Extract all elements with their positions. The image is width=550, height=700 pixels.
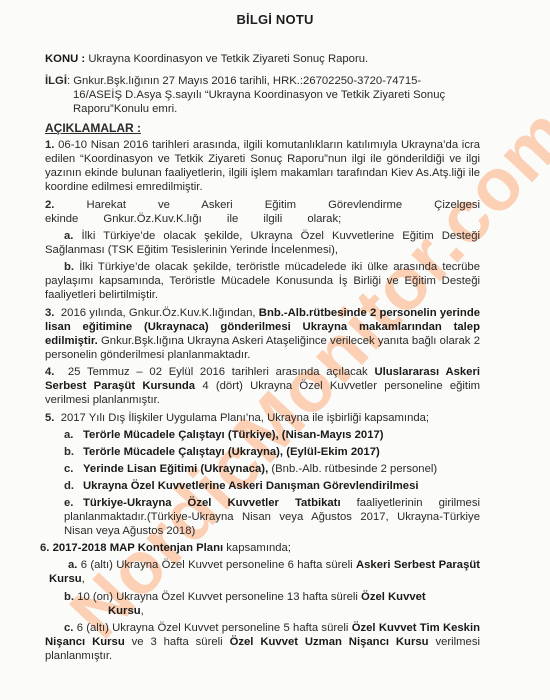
item-6b: b. 10 (on) Ukrayna Özel Kuvvet personeli…	[45, 590, 480, 604]
explanations-heading: AÇIKLAMALAR :	[45, 121, 480, 135]
item-6a: a. 6 (altı) Ukrayna Özel Kuvvet personel…	[49, 558, 480, 586]
reference-block: İLGİ: Gnkur.Bşk.lığının 27 Mayıs 2016 ta…	[45, 74, 480, 116]
reference-line-1: : Gnkur.Bşk.lığının 27 Mayıs 2016 tarihl…	[67, 75, 421, 87]
item-5b: b.Terörle Mücadele Çalıştayı (Ukrayna), …	[64, 445, 480, 459]
item-5a: a.Terörle Mücadele Çalıştayı (Türkiye), …	[64, 428, 480, 442]
reference-label: İLGİ	[45, 75, 67, 87]
item-1: 1. 06-10 Nisan 2016 tarihleri arasında, …	[45, 138, 480, 194]
item-6b-continuation: Kursu,	[45, 604, 480, 618]
document-body: KONU : Ukrayna Koordinasyon ve Tetkik Zi…	[45, 52, 480, 667]
item-5: 5. 2017 Yılı Dış İlişkiler Uygulama Plan…	[45, 411, 480, 425]
item-2b: b. İlki Türkiye’de olacak şekilde, terör…	[45, 260, 480, 302]
subject-line: KONU : Ukrayna Koordinasyon ve Tetkik Zi…	[45, 52, 480, 66]
item-5c: c.Yerinde Lisan Eğitimi (Ukraynaca), (Bn…	[64, 462, 480, 476]
item-3: 3. 2016 yılında, Gnkur.Öz.Kuv.K.lığından…	[45, 306, 480, 362]
subject-text: Ukrayna Koordinasyon ve Tetkik Ziyareti …	[88, 53, 368, 65]
item-6: 6. 2017-2018 MAP Kontenjan Planı kapsamı…	[40, 541, 480, 555]
item-6c: c. 6 (altı) Ukrayna Özel Kuvvet personel…	[45, 621, 480, 663]
document-title: BİLGİ NOTU	[0, 12, 550, 27]
reference-line-3: Raporu”Konulu emri.	[45, 102, 445, 116]
item-5e: e.Türkiye-Ukrayna Özel Kuvvetler Tatbika…	[64, 496, 480, 538]
item-5-list: a.Terörle Mücadele Çalıştayı (Türkiye), …	[64, 428, 480, 538]
item-5d: d.Ukrayna Özel Kuvvetlerine Askeri Danış…	[64, 479, 480, 493]
item-2a: a. İlki Türkiye’de olacak şekilde, Ukray…	[45, 229, 480, 257]
document-page: NordicMonitor.com BİLGİ NOTU KONU : Ukra…	[0, 0, 550, 700]
item-2: 2. Harekat ve Askeri Eğitim Görevlendirm…	[45, 198, 480, 226]
subject-label: KONU :	[45, 53, 85, 65]
item-4: 4. 25 Temmuz – 02 Eylül 2016 tarihleri a…	[45, 365, 480, 407]
reference-line-2: 16/ASEİŞ D.Asya Ş.sayılı “Ukrayna Koordi…	[45, 88, 445, 102]
